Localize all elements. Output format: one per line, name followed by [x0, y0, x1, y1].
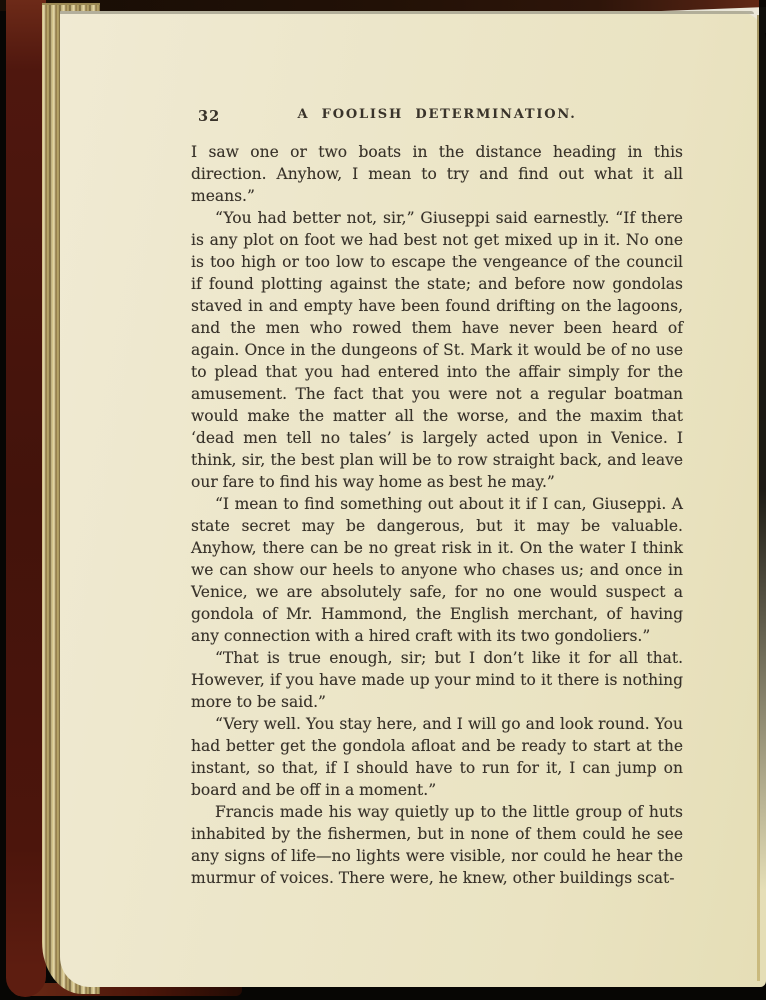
- scanned-book-photo: 32 A FOOLISH DETERMINATION. I saw one or…: [0, 0, 766, 1000]
- paragraph: Francis made his way quietly up to the l…: [191, 801, 683, 889]
- text-body: I saw one or two boats in the distance h…: [191, 141, 683, 889]
- book-cover-spine: [6, 0, 46, 997]
- page-header: 32 A FOOLISH DETERMINATION.: [191, 107, 683, 127]
- page-number: 32: [198, 108, 220, 125]
- paragraph: I saw one or two boats in the distance h…: [191, 141, 683, 207]
- paragraph: “I mean to find something out about it i…: [191, 493, 683, 647]
- paragraph: “That is true enough, sir; but I don’t l…: [191, 647, 683, 713]
- paragraph: “You had better not, sir,” Giuseppi said…: [191, 207, 683, 493]
- book-page: 32 A FOOLISH DETERMINATION. I saw one or…: [60, 11, 766, 987]
- running-title: A FOOLISH DETERMINATION.: [191, 107, 683, 122]
- printed-area: 32 A FOOLISH DETERMINATION. I saw one or…: [191, 107, 683, 889]
- paragraph: “Very well. You stay here, and I will go…: [191, 713, 683, 801]
- top-shadow-strip: [0, 0, 766, 11]
- right-edge-shadow: [759, 0, 766, 890]
